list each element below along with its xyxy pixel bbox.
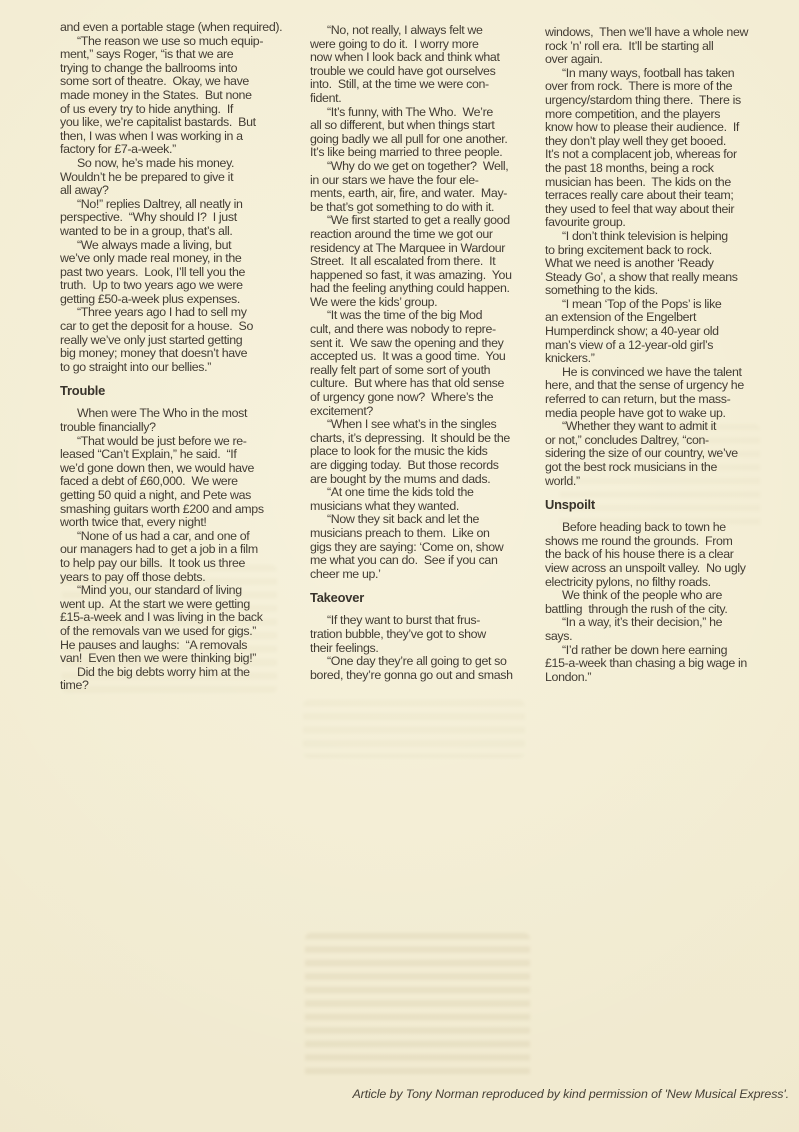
paragraph: windows, Then we’ll have a whole new roc… <box>545 26 793 67</box>
paragraph: “I mean ‘Top of the Pops’ is like an ext… <box>545 298 793 366</box>
paragraph: He is convinced we have the talent here,… <box>545 366 793 420</box>
paragraph: “No!” replies Daltrey, all neatly in per… <box>60 198 306 239</box>
page-show-through <box>303 700 525 758</box>
paragraph: Before heading back to town he shows me … <box>545 521 793 589</box>
paragraph: “It’s funny, with The Who. We’re all so … <box>310 106 556 160</box>
section-heading-takeover: Takeover <box>310 591 556 605</box>
paragraph: “None of us had a car, and one of our ma… <box>60 530 306 584</box>
credit-line: Article by Tony Norman reproduced by kin… <box>352 1087 789 1101</box>
paragraph: “The reason we use so much equip- ment,”… <box>60 35 306 157</box>
paragraph: “One day they’re all going to get so bor… <box>310 655 556 682</box>
paragraph: “It was the time of the big Mod cult, an… <box>310 309 556 418</box>
paragraph: “We always made a living, but we’ve only… <box>60 239 306 307</box>
paragraph: “In many ways, football has taken over f… <box>545 67 793 230</box>
paragraph: “Three years ago I had to sell my car to… <box>60 306 306 374</box>
paragraph: So now, he’s made his money. Wouldn’t he… <box>60 157 306 198</box>
paragraph: “In a way, it’s their decision,” he says… <box>545 616 793 643</box>
article-column-3: windows, Then we’ll have a whole new roc… <box>545 26 793 684</box>
paragraph: “At one time the kids told the musicians… <box>310 486 556 513</box>
paragraph: “Why do we get on together? Well, in our… <box>310 160 556 214</box>
article-column-2: “No, not really, I always felt we were g… <box>310 24 556 682</box>
paragraph: “We first started to get a really good r… <box>310 214 556 309</box>
section-heading-unspoilt: Unspoilt <box>545 498 793 512</box>
paragraph: and even a portable stage (when required… <box>60 21 306 35</box>
paragraph: When were The Who in the most trouble fi… <box>60 407 306 434</box>
paragraph: “I don’t think television is helping to … <box>545 230 793 298</box>
paragraph: “If they want to burst that frus- tratio… <box>310 614 556 655</box>
paragraph: We think of the people who are battling … <box>545 589 793 616</box>
page-show-through <box>305 933 530 1079</box>
paragraph: Did the big debts worry him at the time? <box>60 666 306 693</box>
paragraph: “Now they sit back and let the musicians… <box>310 513 556 581</box>
paragraph: “Mind you, our standard of living went u… <box>60 584 306 666</box>
paragraph: “I’d rather be down here earning £15-a-w… <box>545 644 793 685</box>
section-heading-trouble: Trouble <box>60 384 306 398</box>
paragraph: “When I see what’s in the singles charts… <box>310 418 556 486</box>
paragraph: “That would be just before we re- leased… <box>60 435 306 530</box>
paragraph: “No, not really, I always felt we were g… <box>310 24 556 106</box>
article-column-1: and even a portable stage (when required… <box>60 21 306 693</box>
paragraph: “Whether they want to admit it or not,” … <box>545 420 793 488</box>
magazine-article-page: { "page": { "background_color": "#f2ecd2… <box>0 0 799 1132</box>
